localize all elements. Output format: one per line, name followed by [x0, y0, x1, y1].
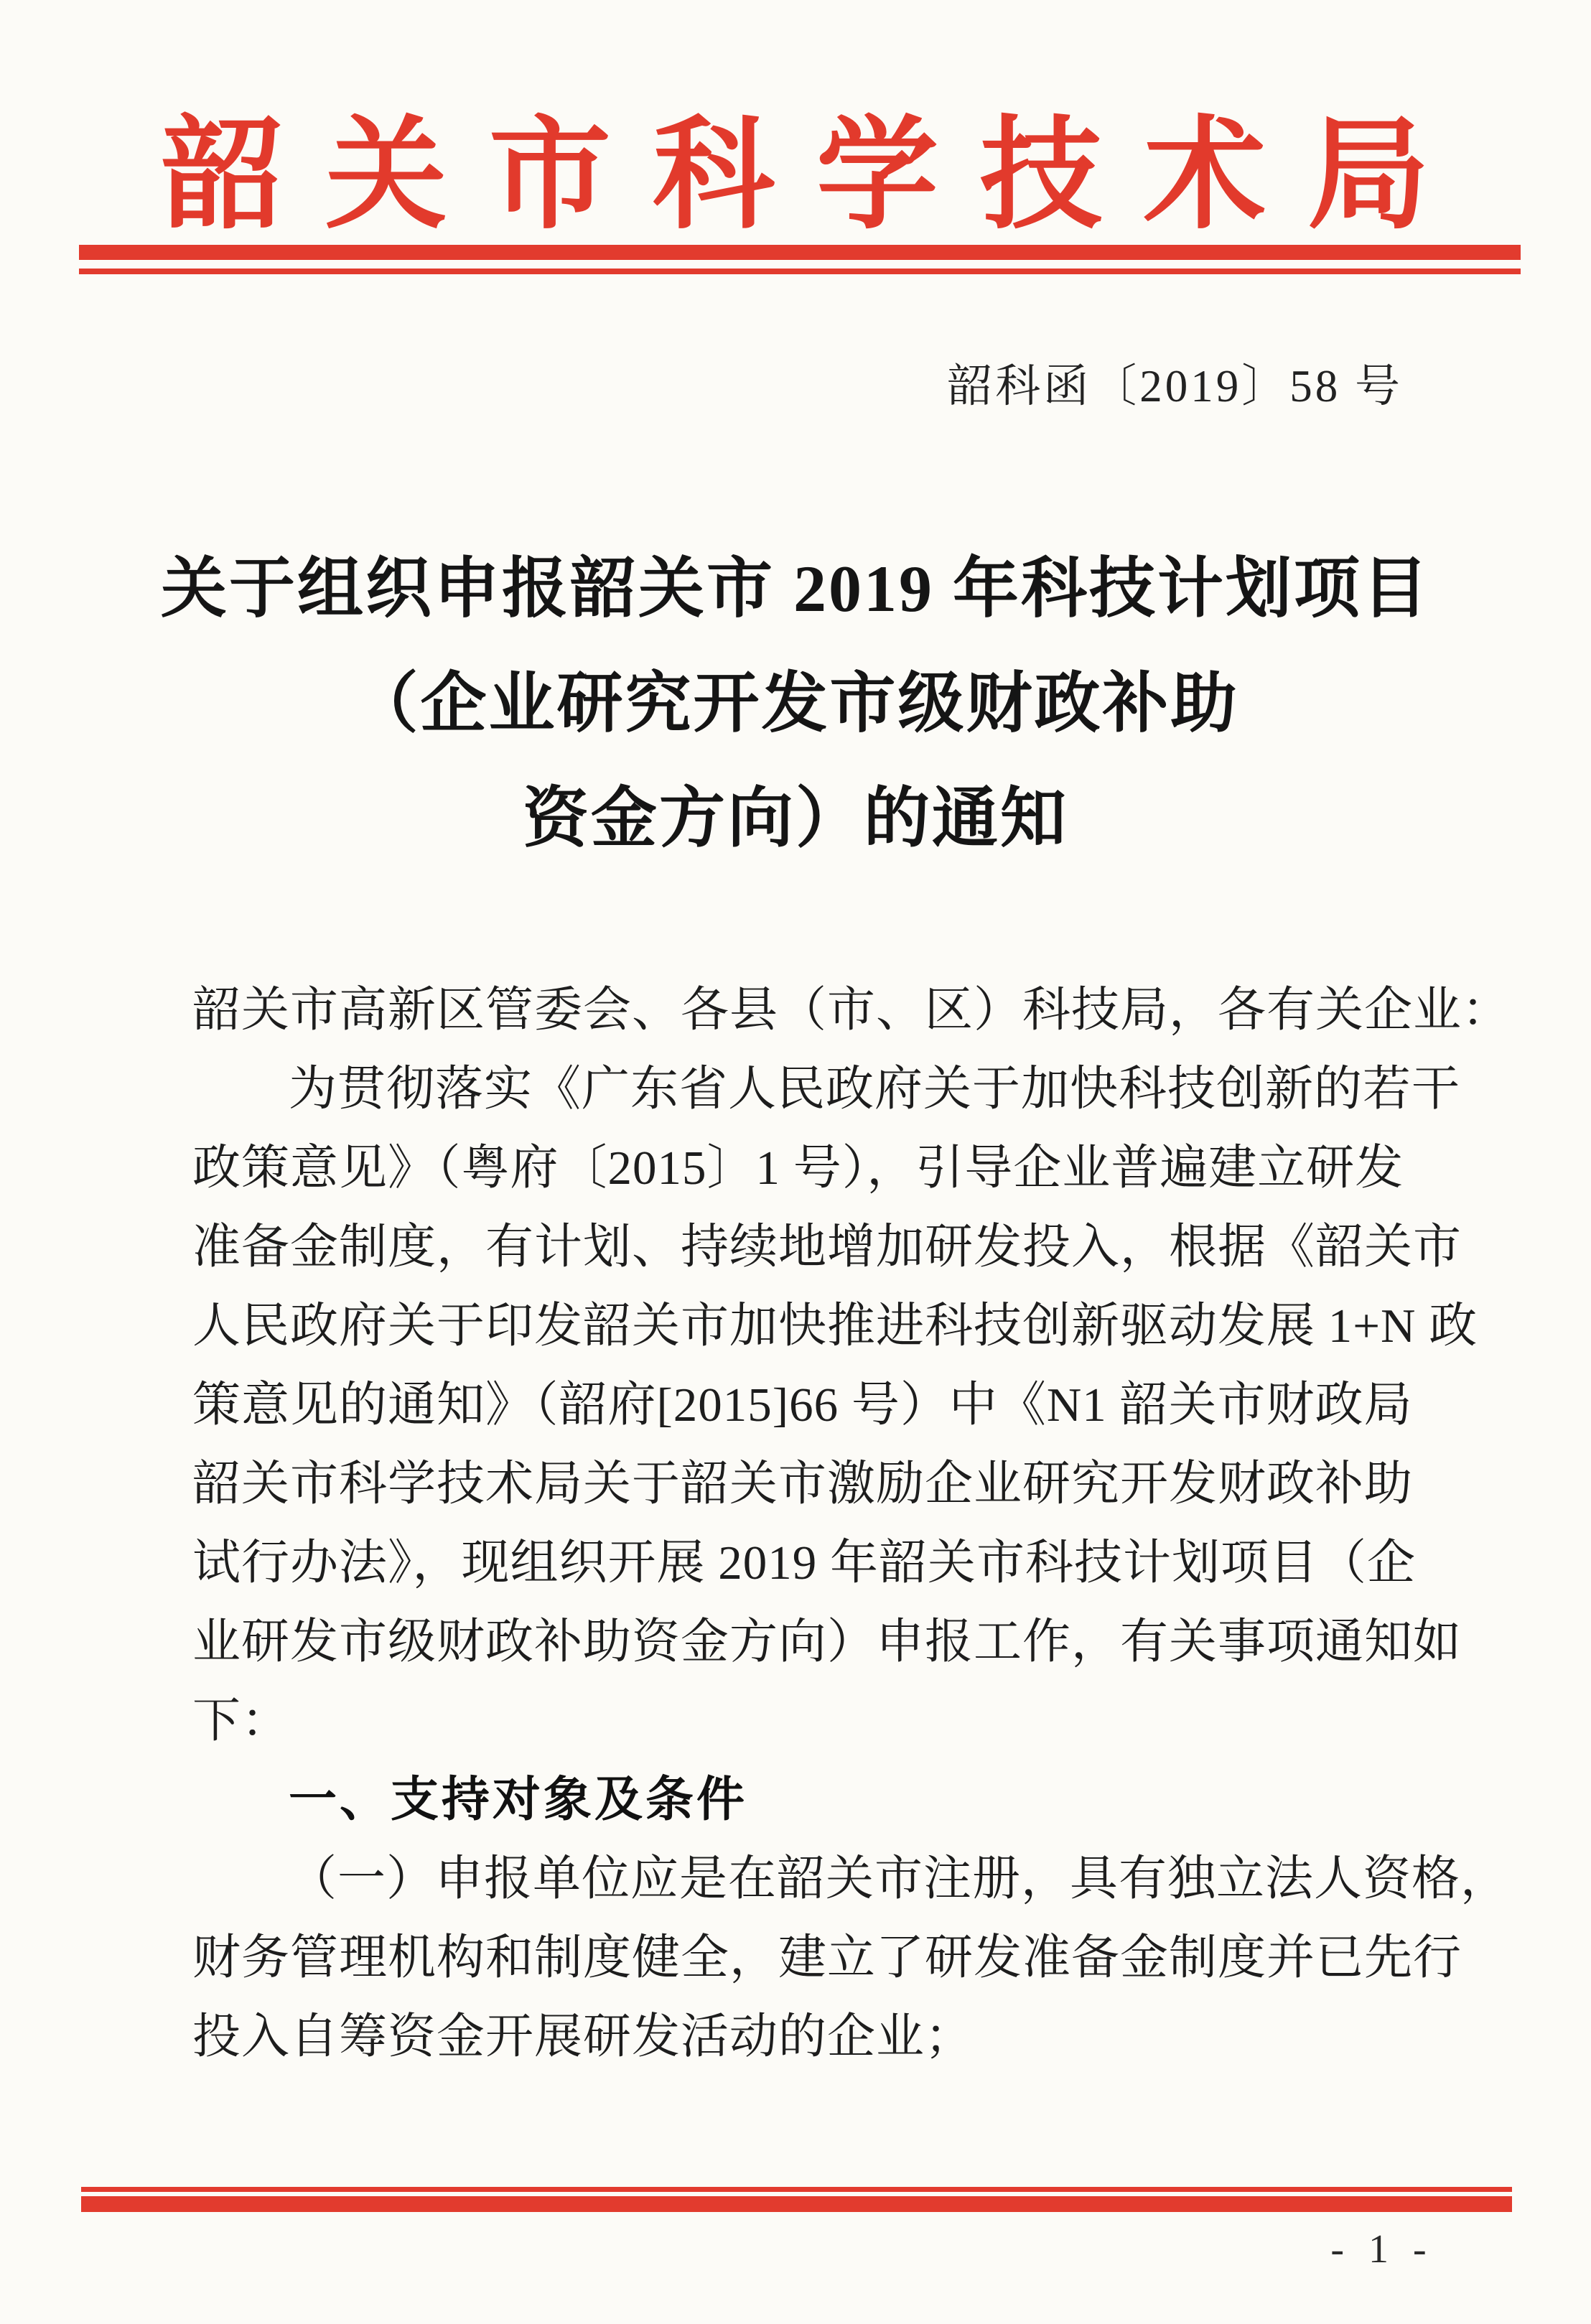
document-page: 韶关市科学技术局 韶科函〔2019〕58 号 关于组织申报韶关市 2019 年科…: [0, 0, 1591, 2324]
letterhead-rule-thin: [79, 269, 1521, 274]
page-number: - 1 -: [1325, 2227, 1440, 2272]
body-line: 韶关市高新区管委会、各县（市、区）科技局，各有关企业：: [192, 971, 1442, 1050]
document-title-line-2: （企业研究开发市级财政补助: [0, 646, 1591, 761]
body-line: 韶关市科学技术局关于韶关市激励企业研究开发财政补助: [192, 1445, 1442, 1523]
agency-name-text: 韶关市科学技术局: [162, 108, 1471, 243]
body-line: 投入自筹资金开展研发活动的企业；: [192, 1997, 1442, 2076]
body-line: 人民政府关于印发韶关市加快推进科技创新驱动发展 1+N 政: [192, 1287, 1442, 1366]
document-number: 韶科函〔2019〕58 号: [947, 358, 1403, 415]
letterhead-rule-thick: [79, 245, 1521, 260]
body-text: 韶关市高新区管委会、各县（市、区）科技局，各有关企业：为贯彻落实《广东省人民政府…: [192, 971, 1442, 2076]
footer-rule-thick: [81, 2196, 1512, 2212]
body-line: 财务管理机构和制度健全，建立了研发准备金制度并已先行: [192, 1918, 1442, 1997]
document-title: 关于组织申报韶关市 2019 年科技计划项目 （企业研究开发市级财政补助 资金方…: [0, 531, 1591, 876]
document-title-line-1: 关于组织申报韶关市 2019 年科技计划项目: [0, 531, 1591, 646]
body-line: 试行办法》，现组织开展 2019 年韶关市科技计划项目（企: [192, 1523, 1442, 1602]
document-title-line-3: 资金方向）的通知: [0, 761, 1591, 876]
body-line: 为贯彻落实《广东省人民政府关于加快科技创新的若干: [192, 1050, 1442, 1129]
body-line: （一）申报单位应是在韶关市注册，具有独立法人资格，: [192, 1839, 1442, 1918]
body-line: 策意见的通知》（韶府[2015]66 号）中《N1 韶关市财政局: [192, 1366, 1442, 1445]
body-line: 业研发市级财政补助资金方向）申报工作，有关事项通知如: [192, 1602, 1442, 1681]
section-heading: 一、支持对象及条件: [192, 1760, 1442, 1839]
body-line: 政策意见》（粤府〔2015〕1 号），引导企业普遍建立研发: [192, 1129, 1442, 1208]
body-line: 准备金制度，有计划、持续地增加研发投入，根据《韶关市: [192, 1208, 1442, 1287]
body-line: 下：: [192, 1681, 1442, 1760]
agency-name: 韶关市科学技术局: [0, 92, 1591, 261]
footer-rule-thin: [81, 2187, 1512, 2192]
